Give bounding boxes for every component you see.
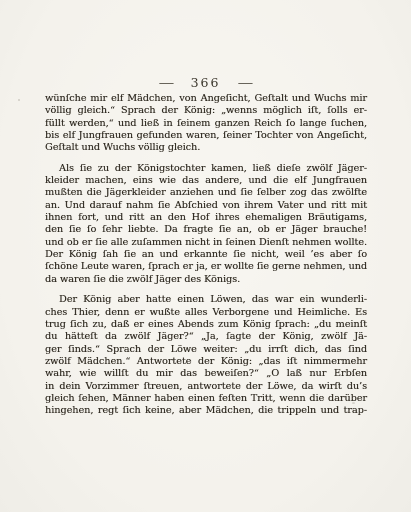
scan-speck [352, 402, 355, 404]
text-line: Der König aber hatte einen Löwen, das wa… [45, 294, 367, 306]
text-line: in dein Vorzimmer ſtreuen, antwortete de… [45, 381, 367, 393]
text-line: völlig gleich.“ Sprach der König: „wenns… [45, 105, 367, 117]
paragraph-1: wünſche mir elf Mädchen, von Angeſicht, … [45, 93, 367, 155]
text-line: wünſche mir elf Mädchen, von Angeſicht, … [45, 93, 367, 105]
text-line: Als ſie zu der Königstochter kamen, ließ… [45, 163, 367, 175]
body-text: wünſche mir elf Mädchen, von Angeſicht, … [45, 93, 367, 418]
text-line: an. Und darauf nahm ſie Abſchied von ihr… [45, 200, 367, 212]
page-number: 366 [191, 76, 221, 90]
scan-speck [353, 299, 355, 301]
header-dash-right: — [238, 76, 252, 90]
paragraph-2: Als ſie zu der Königstochter kamen, ließ… [45, 163, 367, 286]
text-line: ger ſinds.“ Sprach der Löwe weiter: „du … [45, 344, 367, 356]
scan-speck [18, 99, 20, 101]
text-line: wahr, wie willſt du mir das beweiſen?“ „… [45, 368, 367, 380]
text-line: Der König ſah ſie an und erkannte ſie ni… [45, 249, 367, 261]
text-line: ſchöne Leute waren, ſprach er ja, er wol… [45, 261, 367, 273]
paragraph-3: Der König aber hatte einen Löwen, das wa… [45, 294, 367, 417]
text-line: mußten die Jägerkleider anziehen und ſie… [45, 187, 367, 199]
text-line: zwölf Mädchen.“ Antwortete der König: „d… [45, 356, 367, 368]
text-line: ches Thier, denn er wußte alles Verborge… [45, 307, 367, 319]
book-page: — 366 — wünſche mir elf Mädchen, von Ang… [0, 0, 411, 512]
text-line: und ob er ſie alle zuſammen nicht in ſei… [45, 237, 367, 249]
text-line: du hätteſt da zwölf Jäger?“ „Ja, ſagte d… [45, 331, 367, 343]
header-dash-left: — [159, 76, 173, 90]
text-line: da waren ſie die zwölf Jäger des Königs. [45, 274, 367, 286]
page-header: — 366 — [0, 76, 411, 90]
text-line: Geſtalt und Wuchs völlig gleich. [45, 142, 367, 154]
text-line: füllt werden,“ und ließ in ſeinem ganzen… [45, 118, 367, 130]
text-line: ihnen fort, und ritt an den Hof ihres eh… [45, 212, 367, 224]
text-line: den ſie ſo ſehr liebte. Da fragte ſie an… [45, 224, 367, 236]
text-line: gleich ſehen, Männer haben einen feſten … [45, 393, 367, 405]
text-line: trug ſich zu, daß er eines Abends zum Kö… [45, 319, 367, 331]
text-line: bis elf Jungfrauen gefunden waren, ſeine… [45, 130, 367, 142]
text-line: kleider machen, eins wie das andere, und… [45, 175, 367, 187]
text-line: hingehen, regt ſich keine, aber Mädchen,… [45, 405, 367, 417]
